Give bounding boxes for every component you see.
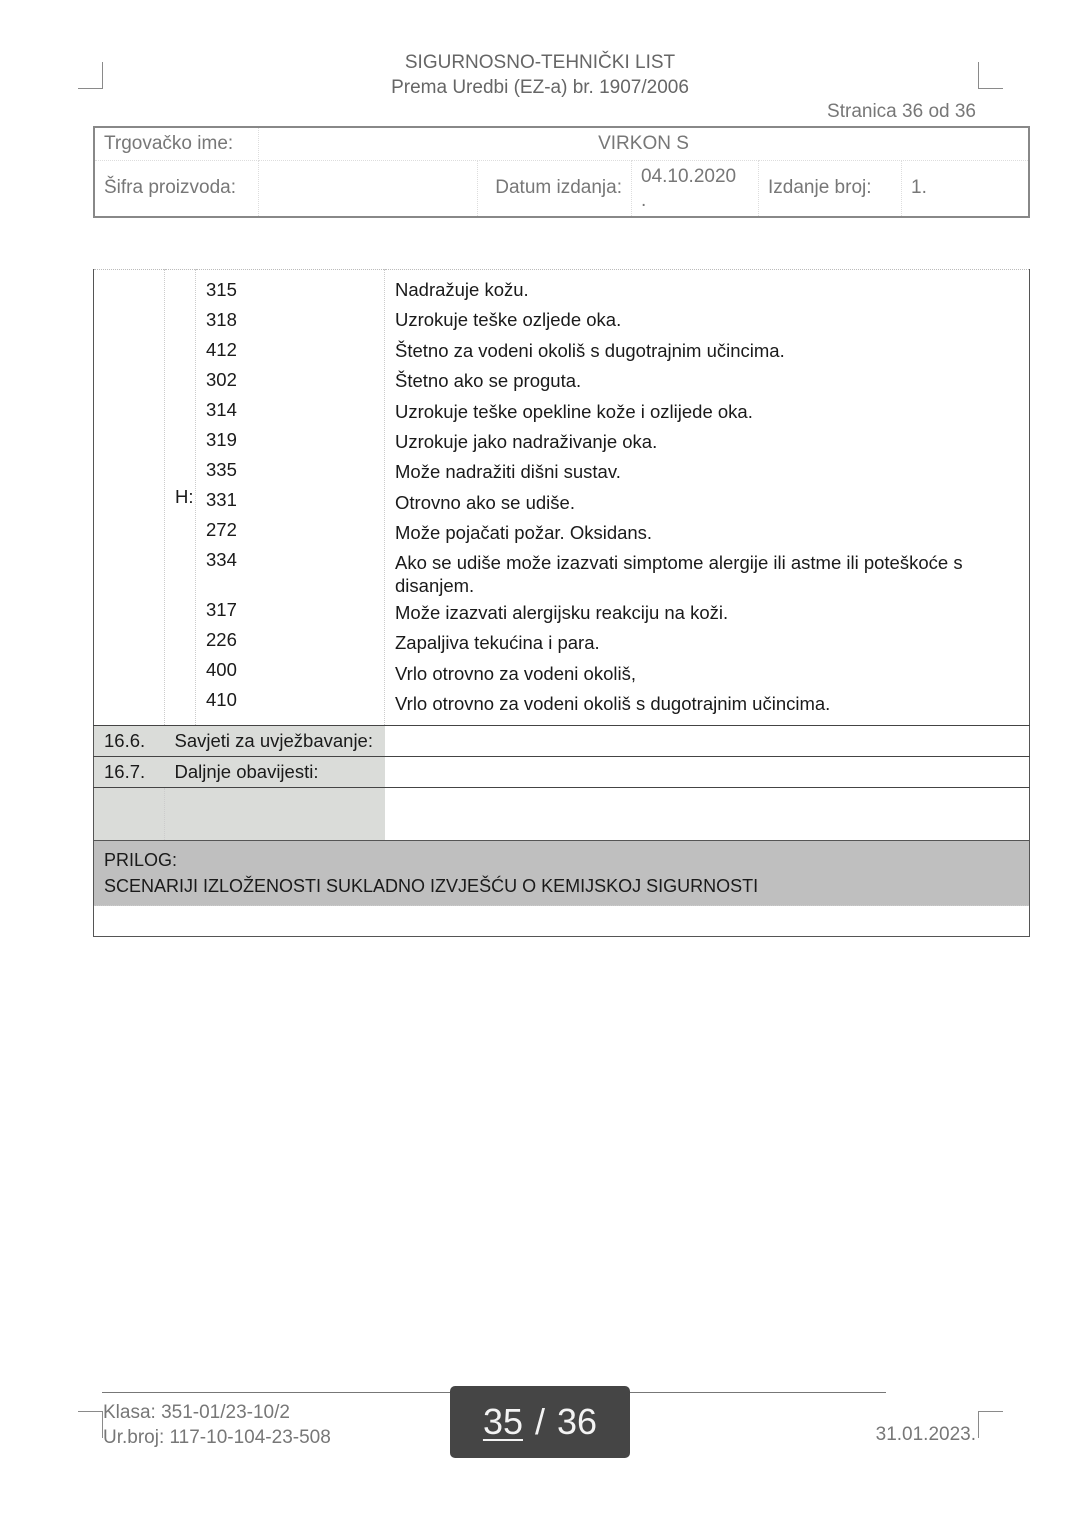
hazard-text: Uzrokuje jako nadraživanje oka. — [395, 428, 1019, 458]
page-number-overlay[interactable]: 35 / 36 — [450, 1386, 630, 1458]
section-16-6-label: Savjeti za uvježbavanje: — [165, 725, 385, 756]
footer-reference: Klasa: 351-01/23-10/2 Ur.broj: 117-10-10… — [103, 1400, 331, 1450]
issue-date-label: Datum izdanja: — [478, 160, 632, 217]
hazard-text: Ako se udiše može izazvati simptome aler… — [395, 549, 1019, 599]
section-16-6-number: 16.6. — [94, 725, 165, 756]
hazard-text: Može pojačati požar. Oksidans. — [395, 519, 1019, 549]
empty-gray-cell — [94, 787, 165, 844]
document-title: SIGURNOSNO-TEHNIČKI LIST — [0, 52, 1080, 74]
hazard-code: 319 — [206, 426, 374, 456]
annex-subtitle: SCENARIJI IZLOŽENOSTI SUKLADNO IZVJEŠĆU … — [104, 873, 1019, 899]
hazard-code: 318 — [206, 306, 374, 336]
hazard-text: Vrlo otrovno za vodeni okoliš, — [395, 660, 1019, 690]
current-page-number[interactable]: 35 — [483, 1401, 523, 1443]
annex-box: PRILOG: SCENARIJI IZLOŽENOSTI SUKLADNO I… — [93, 840, 1030, 937]
hazard-text: Uzrokuje teške opekline kože i ozlijede … — [395, 398, 1019, 428]
total-page-count: 36 — [557, 1401, 597, 1443]
hazard-text: Može nadražiti dišni sustav. — [395, 458, 1019, 488]
hazard-text: Uzrokuje teške ozljede oka. — [395, 306, 1019, 336]
hazard-code: 400 — [206, 656, 374, 686]
section-16-table: H: 3153184123023143193353312723343172264… — [93, 269, 1030, 845]
issue-number-value: 1. — [902, 160, 1030, 217]
hazard-code: 302 — [206, 366, 374, 396]
issue-date-value: 04.10.2020 . — [632, 160, 759, 217]
hazard-code: 272 — [206, 516, 374, 546]
annex-body — [94, 906, 1029, 936]
page-indicator: Stranica 36 od 36 — [827, 101, 976, 123]
hazard-code: 334 — [206, 546, 374, 596]
hazard-code-list: 3153184123023143193353312723343172264004… — [206, 276, 374, 716]
product-code-value — [259, 160, 478, 217]
hazard-code: 331 — [206, 486, 374, 516]
product-info-table: Trgovačko ime: VIRKON S Šifra proizvoda:… — [93, 126, 1030, 218]
crop-mark-bottom-right — [978, 1411, 1003, 1438]
section-16-7-number: 16.7. — [94, 756, 165, 787]
crop-mark-bottom-left — [78, 1411, 103, 1438]
hazard-code: 226 — [206, 626, 374, 656]
trade-name-label: Trgovačko ime: — [94, 127, 259, 160]
hazard-code: 412 — [206, 336, 374, 366]
hazard-texts-cell: Nadražuje kožu.Uzrokuje teške ozljede ok… — [385, 270, 1030, 726]
annex-title: PRILOG: — [104, 847, 1019, 873]
empty-white-cell — [385, 787, 1030, 844]
footer-urbroj: Ur.broj: 117-10-104-23-508 — [103, 1425, 331, 1450]
issue-date-suffix: . — [641, 190, 646, 211]
hazard-codes-cell: 3153184123023143193353312723343172264004… — [196, 270, 385, 726]
empty-gray-cell — [165, 787, 385, 844]
section-16-6-value — [385, 725, 1030, 756]
hazard-code: 335 — [206, 456, 374, 486]
hazard-text: Vrlo otrovno za vodeni okoliš s dugotraj… — [395, 690, 1019, 720]
hazard-prefix: H: — [165, 270, 196, 726]
hazard-text: Štetno ako se proguta. — [395, 367, 1019, 397]
hazard-code: 317 — [206, 596, 374, 626]
annex-header: PRILOG: SCENARIJI IZLOŽENOSTI SUKLADNO I… — [94, 841, 1029, 906]
hazard-text: Nadražuje kožu. — [395, 276, 1019, 306]
hazard-text: Može izazvati alergijsku reakciju na kož… — [395, 599, 1019, 629]
hazard-code: 315 — [206, 276, 374, 306]
page-separator: / — [535, 1401, 545, 1443]
hazard-code: 410 — [206, 686, 374, 716]
section-16-7-label: Daljnje obavijesti: — [165, 756, 385, 787]
hazard-text: Otrovno ako se udiše. — [395, 489, 1019, 519]
issue-date-text: 04.10.2020 — [641, 166, 736, 187]
document-subtitle: Prema Uredbi (EZ-a) br. 1907/2006 — [0, 77, 1080, 99]
hazard-text: Zapaljiva tekućina i para. — [395, 629, 1019, 659]
product-code-label: Šifra proizvoda: — [94, 160, 259, 217]
hazard-code: 314 — [206, 396, 374, 426]
hazard-text: Štetno za vodeni okoliš s dugotrajnim uč… — [395, 337, 1019, 367]
hazard-text-list: Nadražuje kožu.Uzrokuje teške ozljede ok… — [395, 276, 1019, 721]
footer-date: 31.01.2023. — [876, 1424, 976, 1446]
issue-number-label: Izdanje broj: — [759, 160, 902, 217]
footer-klasa: Klasa: 351-01/23-10/2 — [103, 1400, 331, 1425]
empty-number-cell — [94, 270, 165, 726]
trade-name-value: VIRKON S — [259, 127, 1030, 160]
section-16-7-value — [385, 756, 1030, 787]
